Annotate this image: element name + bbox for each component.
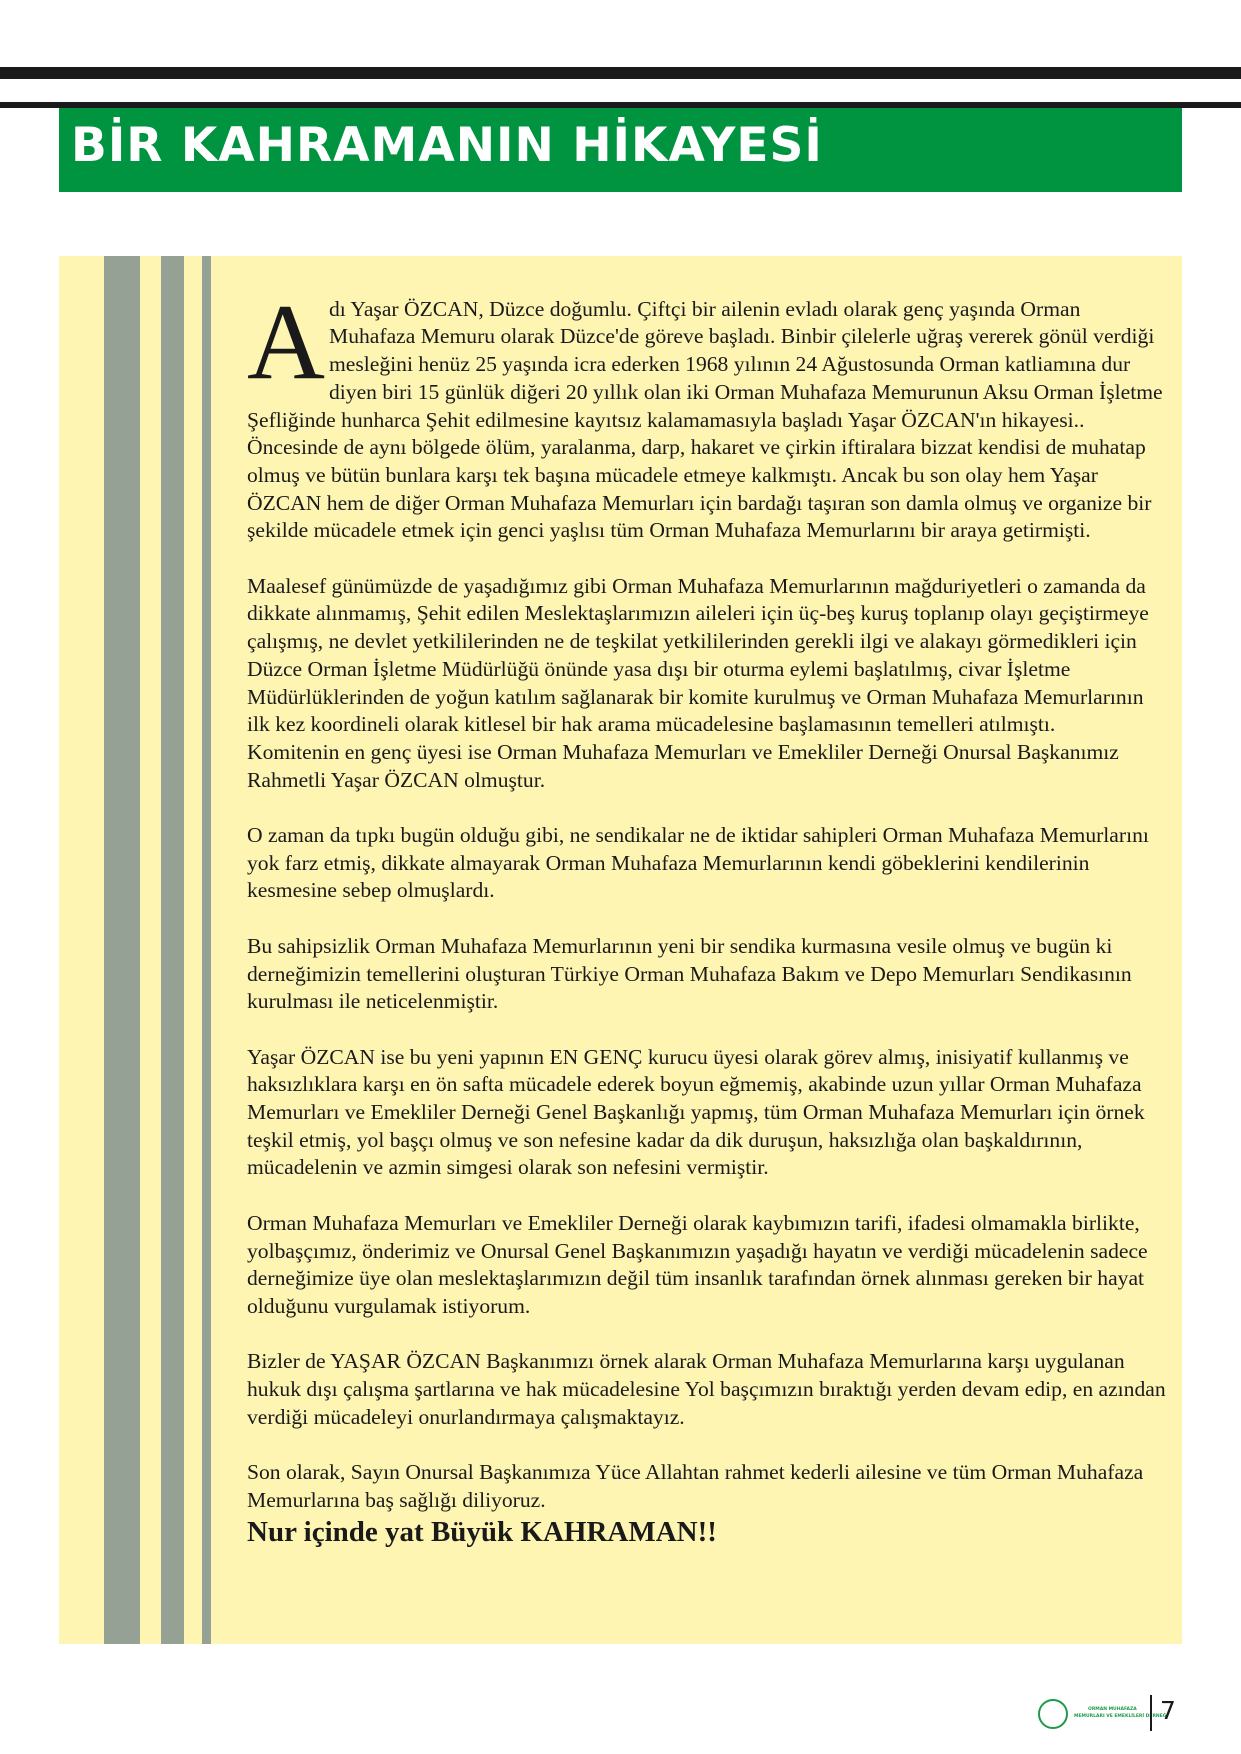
- paragraph: Maalesef günümüzde de yaşadığımız gibi O…: [247, 573, 1167, 739]
- article-box: Adı Yaşar ÖZCAN, Düzce doğumlu. Çiftçi b…: [59, 256, 1182, 1644]
- logo-caption: ORMAN MUHAFAZA MEMURLARI VE EMEKLİLERİ D…: [1074, 1706, 1174, 1720]
- paragraph: Yaşar ÖZCAN ise bu yeni yapının EN GENÇ …: [247, 1044, 1167, 1183]
- drop-cap: A: [247, 302, 325, 384]
- paragraph: O zaman da tıpkı bugün olduğu gibi, ne s…: [247, 822, 1167, 905]
- association-logo-icon: [1038, 1699, 1068, 1729]
- page-number: 7: [1160, 1696, 1176, 1725]
- logo-line-2: MEMURLARI VE EMEKLİLERİ DERNEĞİ: [1074, 1713, 1174, 1720]
- page-title: BİR KAHRAMANIN HİKAYESİ: [71, 118, 823, 173]
- paragraph: Komitenin en genç üyesi ise Orman Muhafa…: [247, 739, 1167, 794]
- decorative-stripe-medium: [161, 256, 184, 1644]
- paragraph-intro-text: dı Yaşar ÖZCAN, Düzce doğumlu. Çiftçi bi…: [247, 297, 1163, 432]
- closing-line: Nur içinde yat Büyük KAHRAMAN!!: [247, 1515, 1167, 1549]
- paragraph: Bu sahipsizlik Orman Muhafaza Memurların…: [247, 933, 1167, 1016]
- decorative-stripe-wide: [104, 256, 140, 1644]
- logo-line-1: ORMAN MUHAFAZA: [1074, 1706, 1174, 1713]
- paragraph: Orman Muhafaza Memurları ve Emekliler De…: [247, 1210, 1167, 1321]
- footer-divider: [1150, 1695, 1152, 1731]
- top-rule-thick: [0, 67, 1241, 79]
- paragraph-intro: Adı Yaşar ÖZCAN, Düzce doğumlu. Çiftçi b…: [247, 268, 1167, 434]
- paragraph: Öncesinde de aynı bölgede ölüm, yaralanm…: [247, 434, 1167, 545]
- paragraph: Son olarak, Sayın Onursal Başkanımıza Yü…: [247, 1459, 1167, 1514]
- title-banner: BİR KAHRAMANIN HİKAYESİ: [59, 108, 1182, 192]
- paragraph: Bizler de YAŞAR ÖZCAN Başkanımızı örnek …: [247, 1348, 1167, 1431]
- article-body: Adı Yaşar ÖZCAN, Düzce doğumlu. Çiftçi b…: [247, 268, 1167, 1578]
- decorative-stripe-narrow: [202, 256, 211, 1644]
